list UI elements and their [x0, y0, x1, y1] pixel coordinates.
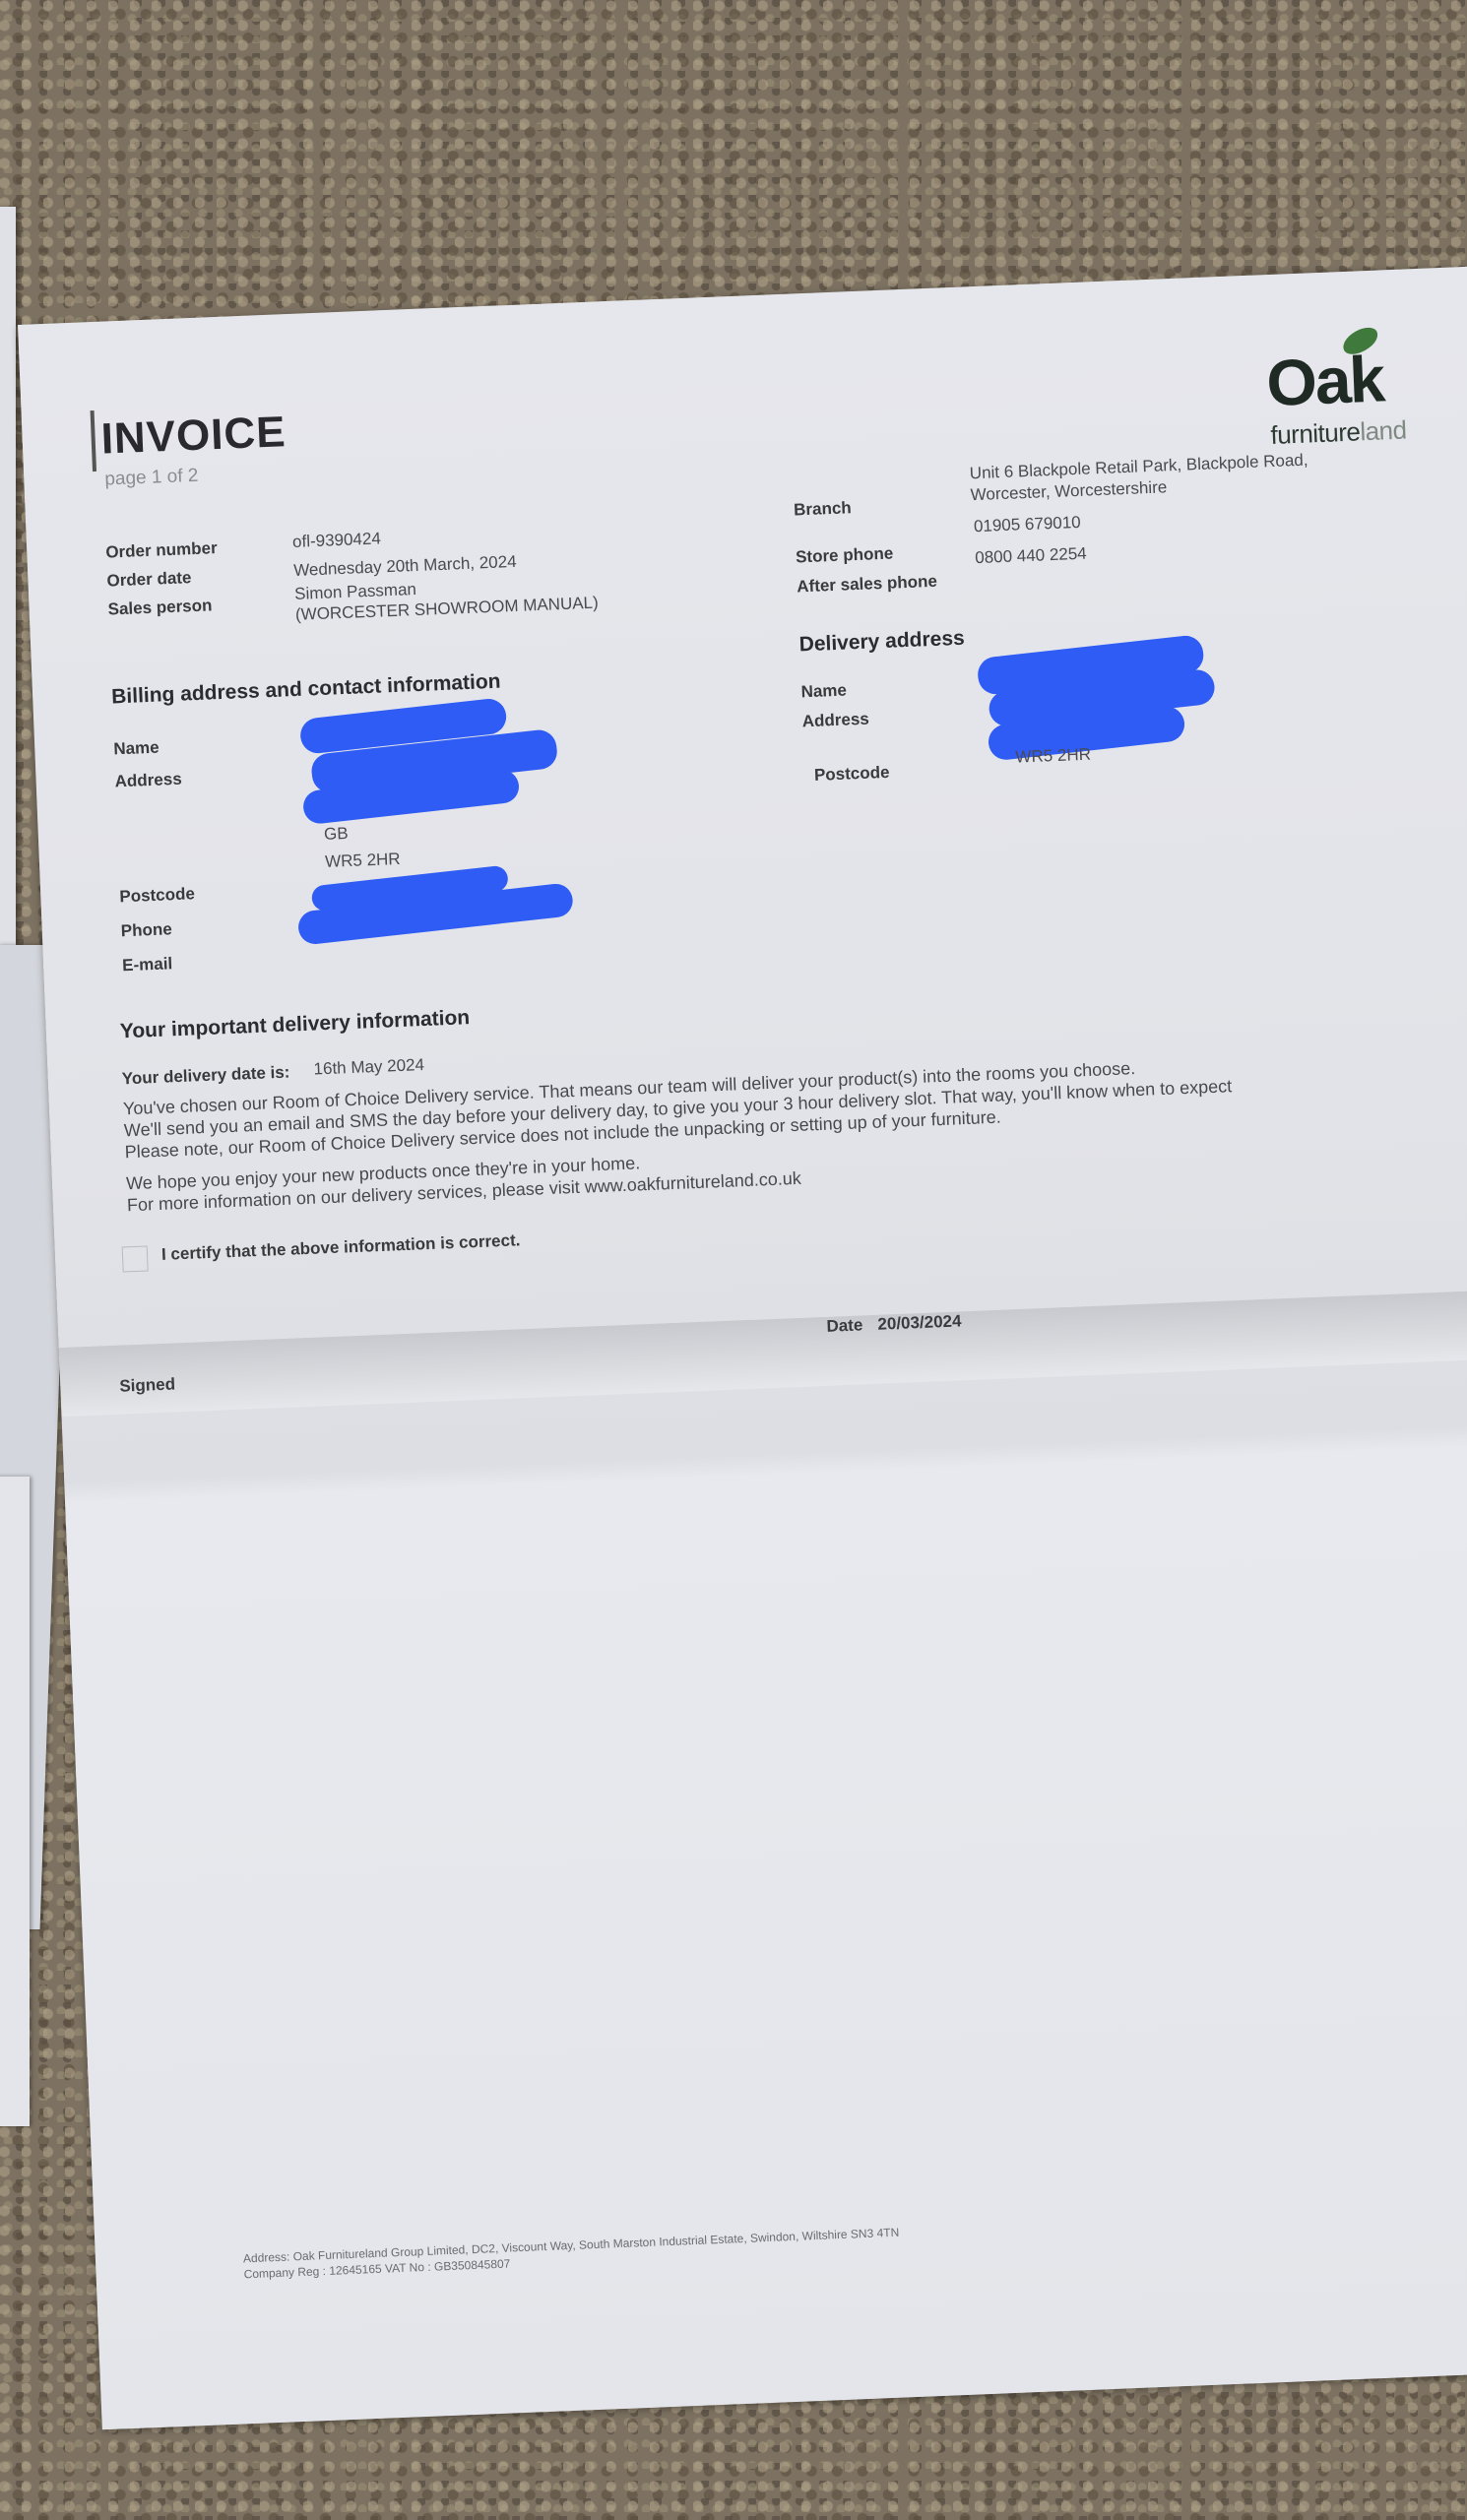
signed-label: Signed	[119, 1374, 175, 1396]
delivery-address-heading: Delivery address	[798, 627, 965, 658]
logo-sub-light: land	[1360, 414, 1407, 446]
store-phone-label: Store phone	[796, 544, 894, 568]
certify-statement: I certify that the above information is …	[161, 1230, 521, 1265]
order-date-value: Wednesday 20th March, 2024	[293, 552, 517, 581]
order-date-label: Order date	[106, 568, 192, 591]
logo-subtitle: furnitureland	[1270, 414, 1407, 451]
billing-postcode-label: Postcode	[119, 884, 195, 907]
invoice-sheet: INVOICE page 1 of 2 Oak furnitureland Or…	[18, 265, 1467, 2429]
billing-name-label: Name	[113, 738, 159, 760]
billing-email-label: E-mail	[122, 954, 173, 976]
oak-furnitureland-logo: Oak furnitureland	[1264, 326, 1465, 442]
delivery-name-label: Name	[800, 681, 847, 703]
delivery-address-label: Address	[801, 710, 869, 732]
footer-address: Address: Oak Furnitureland Group Limited…	[243, 2226, 900, 2266]
delivery-postcode-label: Postcode	[814, 763, 890, 786]
certify-checkbox[interactable]	[122, 1245, 149, 1272]
background-paper-edge	[0, 1477, 30, 2126]
paper-fold	[59, 1288, 1467, 1417]
billing-country: GB	[324, 824, 349, 845]
billing-phone-label: Phone	[120, 919, 172, 941]
billing-postcode-value: WR5 2HR	[325, 850, 401, 872]
date-value: 20/03/2024	[877, 1311, 962, 1334]
after-sales-phone-value: 0800 440 2254	[975, 544, 1087, 569]
delivery-postcode-value: WR5 2HR	[1015, 745, 1091, 768]
date-label: Date	[826, 1315, 863, 1336]
delivery-date-value: 16th May 2024	[313, 1055, 424, 1079]
billing-address-label: Address	[114, 770, 182, 792]
after-sales-phone-label: After sales phone	[797, 572, 937, 598]
logo-sub-dark: furniture	[1270, 416, 1361, 450]
store-phone-value: 01905 679010	[974, 513, 1081, 536]
branch-label: Branch	[794, 498, 852, 520]
logo-brand: Oak	[1265, 341, 1385, 420]
invoice-title: INVOICE	[100, 408, 287, 465]
sales-person-label: Sales person	[107, 596, 213, 619]
page-indicator: page 1 of 2	[104, 466, 199, 491]
delivery-info-heading: Your important delivery information	[119, 1006, 470, 1043]
order-number-label: Order number	[105, 538, 218, 563]
title-margin-mark	[91, 410, 96, 472]
order-number-value: ofl-9390424	[292, 529, 382, 552]
delivery-date-label: Your delivery date is:	[121, 1063, 289, 1090]
